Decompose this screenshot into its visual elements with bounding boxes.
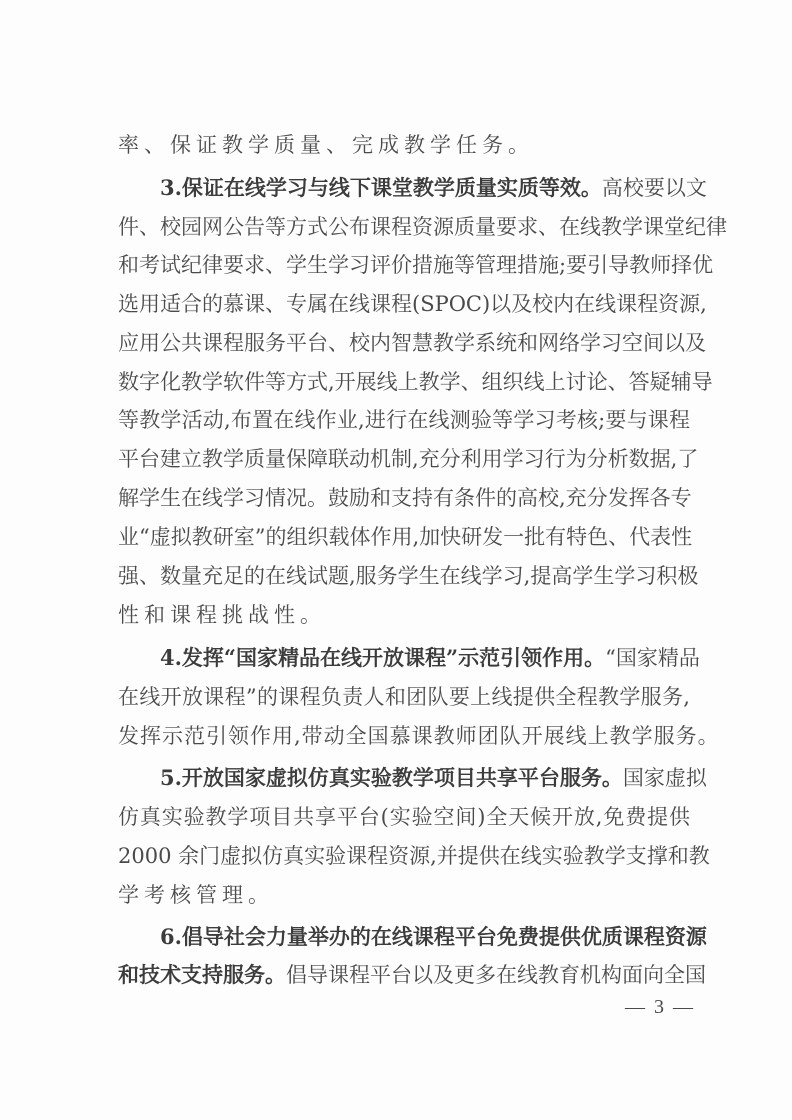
item-heading-5: 5.开放国家虚拟仿真实验教学项目共享平台服务。 bbox=[160, 765, 623, 790]
item-heading-3: 3.保证在线学习与线下课堂教学质量实质等效。 bbox=[160, 175, 602, 200]
paragraph-3-line-1: 3.保证在线学习与线下课堂教学质量实质等效。高校要以文 bbox=[160, 174, 690, 202]
paragraph-3-line-11: 强、数量充足的在线试题,服务学生在线学习,提高学生学习积极 bbox=[118, 562, 690, 590]
paragraph-3-line-4: 选用适合的慕课、专属在线课程(SPOC)以及校内在线课程资源, bbox=[118, 290, 690, 318]
paragraph-3-line-6: 数字化教学软件等方式,开展线上教学、组织线上讨论、答疑辅导 bbox=[118, 368, 690, 396]
paragraph-3-line-9: 解学生在线学习情况。鼓励和支持有条件的高校,充分发挥各专 bbox=[118, 484, 690, 512]
paragraph-continuation-line: 率、保证教学质量、完成教学任务。 bbox=[118, 131, 690, 159]
paragraph-4-line-3: 发挥示范引领作用,带动全国慕课教师团队开展线上教学服务。 bbox=[118, 722, 690, 750]
paragraph-4-line-2: 在线开放课程”的课程负责人和团队要上线提供全程教学服务, bbox=[118, 683, 690, 711]
paragraph-5-line-2: 仿真实验教学项目共享平台(实验空间)全天候开放,免费提供 bbox=[118, 803, 690, 831]
paragraph-6-line-2: 和技术支持服务。倡导课程平台以及更多在线教育机构面向全国 bbox=[118, 961, 690, 989]
text-span: 率、保证教学质量、完成教学任务。 bbox=[118, 133, 534, 157]
text-span: 高校要以文 bbox=[602, 176, 707, 200]
paragraph-5-line-3: 2000 余门虚拟仿真实验课程资源,并提供在线实验教学支撑和教 bbox=[118, 842, 690, 870]
paragraph-6-line-1: 6.倡导社会力量举办的在线课程平台免费提供优质课程资源 bbox=[160, 923, 690, 951]
text-span: 倡导课程平台以及更多在线教育机构面向全国 bbox=[286, 963, 706, 987]
paragraph-4-line-1: 4.发挥“国家精品在线开放课程”示范引领作用。“国家精品 bbox=[160, 644, 690, 672]
item-heading-6: 6.倡导社会力量举办的在线课程平台免费提供优质课程资源 bbox=[160, 924, 707, 949]
paragraph-3-line-12: 性和课程挑战性。 bbox=[118, 601, 690, 629]
paragraph-3-line-5: 应用公共课程服务平台、校内智慧教学系统和网络学习空间以及 bbox=[118, 329, 690, 357]
text-span: 国家虚拟 bbox=[623, 766, 707, 790]
paragraph-3-line-7: 等教学活动,布置在线作业,进行在线测验等学习考核;要与课程 bbox=[118, 406, 690, 434]
document-page: 率、保证教学质量、完成教学任务。 3.保证在线学习与线下课堂教学质量实质等效。高… bbox=[0, 0, 792, 1120]
paragraph-5-line-1: 5.开放国家虚拟仿真实验教学项目共享平台服务。国家虚拟 bbox=[160, 764, 690, 792]
page-number: — 3 — bbox=[625, 996, 695, 1019]
paragraph-3-line-10: 业“虚拟教研室”的组织载体作用,加快研发一批有特色、代表性 bbox=[118, 523, 690, 551]
paragraph-5-line-4: 学考核管理。 bbox=[118, 881, 690, 909]
paragraph-3-line-2: 件、校园网公告等方式公布课程资源质量要求、在线教学课堂纪律 bbox=[118, 213, 690, 241]
text-span: “国家精品 bbox=[605, 646, 700, 670]
item-heading-4: 4.发挥“国家精品在线开放课程”示范引领作用。 bbox=[160, 645, 605, 670]
paragraph-3-line-8: 平台建立教学质量保障联动机制,充分利用学习行为分析数据,了 bbox=[118, 445, 690, 473]
paragraph-3-line-3: 和考试纪律要求、学生学习评价措施等管理措施;要引导教师择优 bbox=[118, 251, 690, 279]
item-heading-6-cont: 和技术支持服务。 bbox=[118, 962, 286, 987]
